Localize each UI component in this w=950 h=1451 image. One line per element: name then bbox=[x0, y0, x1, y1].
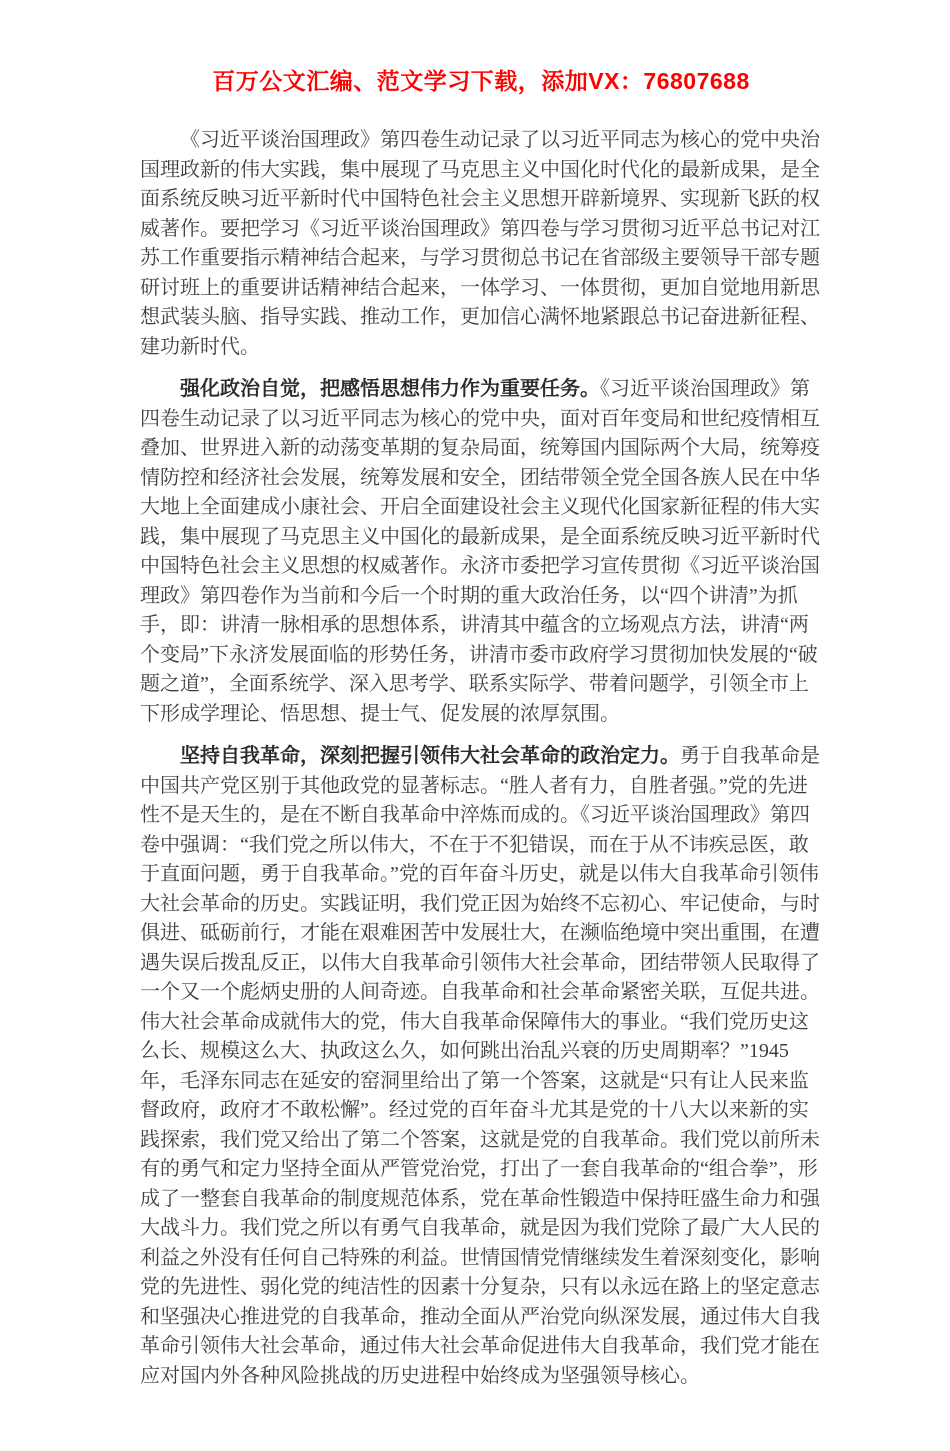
paragraph-political-awareness-lead: 强化政治自觉，把感悟思想伟力作为重要任务。 bbox=[180, 378, 600, 400]
promo-banner: 百万公文汇编、范文学习下载，添加VX：76807688 bbox=[140, 66, 822, 96]
paragraph-intro: 《习近平谈治国理政》第四卷生动记录了以习近平同志为核心的党中央治国理政新的伟大实… bbox=[140, 126, 822, 362]
paragraph-intro-text: 《习近平谈治国理政》第四卷生动记录了以习近平同志为核心的党中央治国理政新的伟大实… bbox=[140, 129, 820, 358]
paragraph-self-revolution-lead: 坚持自我革命，深刻把握引领伟大社会革命的政治定力。 bbox=[180, 745, 680, 767]
paragraph-self-revolution-text: 勇于自我革命是中国共产党区别于其他政党的显著标志。“胜人者有力，自胜者强。”党的… bbox=[140, 745, 820, 1387]
paragraph-political-awareness-text: 《习近平谈治国理政》第四卷生动记录了以习近平同志为核心的党中央，面对百年变局和世… bbox=[140, 378, 820, 725]
paragraph-political-awareness: 强化政治自觉，把感悟思想伟力作为重要任务。《习近平谈治国理政》第四卷生动记录了以… bbox=[140, 375, 822, 729]
document-page: 百万公文汇编、范文学习下载，添加VX：76807688 《习近平谈治国理政》第四… bbox=[0, 0, 950, 1451]
document-body: 《习近平谈治国理政》第四卷生动记录了以习近平同志为核心的党中央治国理政新的伟大实… bbox=[140, 126, 822, 1391]
paragraph-self-revolution: 坚持自我革命，深刻把握引领伟大社会革命的政治定力。勇于自我革命是中国共产党区别于… bbox=[140, 742, 822, 1391]
